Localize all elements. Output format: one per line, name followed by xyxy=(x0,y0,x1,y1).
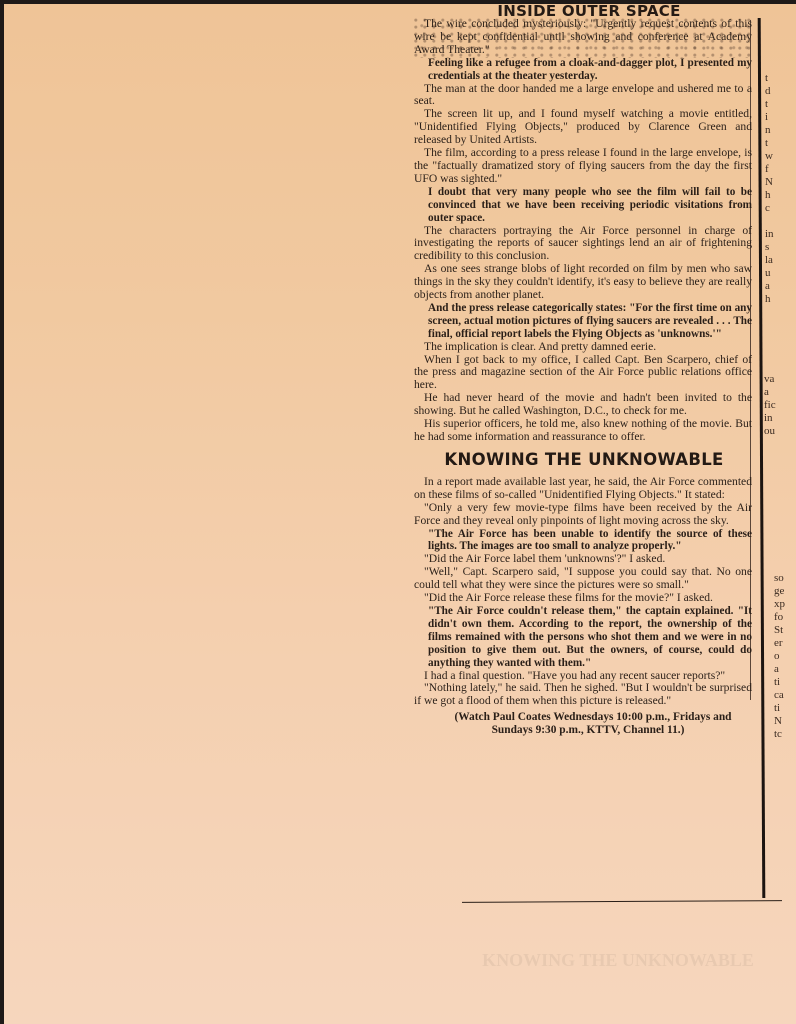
article-paragraph: In a report made available last year, he… xyxy=(414,476,752,502)
article-paragraph: His superior officers, he told me, also … xyxy=(414,418,752,444)
adjacent-column-fragment-upper: tdtintwfNhcinslauah xyxy=(765,72,793,306)
fragment-letters: N xyxy=(774,715,796,728)
fragment-letters: t xyxy=(765,98,793,111)
bleed-through-headline: KNOWING THE UNKNOWABLE xyxy=(440,953,796,967)
fragment-letters: fo xyxy=(774,611,796,624)
headline-knowing-the-unknowable: KNOWING THE UNKNOWABLE xyxy=(414,450,754,470)
fragment-letters: in xyxy=(765,228,793,241)
article-paragraph: The wire concluded mysteriously: "Urgent… xyxy=(414,18,752,57)
fragment-letters xyxy=(765,215,793,228)
fragment-letters: ti xyxy=(774,676,796,689)
article-paragraph: And the press release categorically stat… xyxy=(414,302,752,341)
fragment-letters: va xyxy=(764,373,792,386)
broadcast-sign-off: (Watch Paul Coates Wednesdays 10:00 p.m.… xyxy=(414,711,752,737)
fragment-letters: i xyxy=(765,111,793,124)
fragment-letters: in xyxy=(764,412,792,425)
article-paragraph: When I got back to my office, I called C… xyxy=(414,354,752,393)
newspaper-clipping: INSIDE OUTER SPACE The wire concluded my… xyxy=(414,4,754,904)
article-paragraph: As one sees strange blobs of light recor… xyxy=(414,263,752,302)
adjacent-column-fragment-middle: vaaficinou xyxy=(764,373,792,438)
fragment-letters: er xyxy=(774,637,796,650)
fragment-letters: a xyxy=(764,386,792,399)
fragment-letters: t xyxy=(765,72,793,85)
fragment-letters: a xyxy=(774,663,796,676)
article-paragraph: "Nothing lately," he said. Then he sighe… xyxy=(414,682,752,708)
headline-inside-outer-space: INSIDE OUTER SPACE xyxy=(484,4,694,18)
fragment-letters: t xyxy=(765,137,793,150)
article-paragraph: I doubt that very many people who see th… xyxy=(414,186,752,225)
article-paragraph: The film, according to a press release I… xyxy=(414,147,752,186)
article-paragraph: He had never heard of the movie and hadn… xyxy=(414,392,752,418)
fragment-letters: d xyxy=(765,85,793,98)
fragment-letters: n xyxy=(765,124,793,137)
fragment-letters: ge xyxy=(774,585,796,598)
article-paragraph: "The Air Force couldn't release them," t… xyxy=(414,605,752,670)
fragment-letters: f xyxy=(765,163,793,176)
fragment-letters: h xyxy=(765,189,793,202)
article-paragraph: Feeling like a refugee from a cloak-and-… xyxy=(414,57,752,83)
fragment-letters: ou xyxy=(764,425,792,438)
fragment-letters: N xyxy=(765,176,793,189)
fragment-letters: o xyxy=(774,650,796,663)
article-body-part-2: In a report made available last year, he… xyxy=(414,476,752,708)
article-body-part-1: The wire concluded mysteriously: "Urgent… xyxy=(414,18,752,444)
fragment-letters: s xyxy=(765,241,793,254)
adjacent-column-fragment-lower: sogexpfoSteroaticatiNtc xyxy=(774,572,796,741)
article-paragraph: The implication is clear. And pretty dam… xyxy=(414,341,752,354)
article-paragraph: The characters portraying the Air Force … xyxy=(414,225,752,264)
fragment-letters: ca xyxy=(774,689,796,702)
article-paragraph: The man at the door handed me a large en… xyxy=(414,83,752,109)
fragment-letters: tc xyxy=(774,728,796,741)
fragment-letters: h xyxy=(765,293,793,306)
fragment-letters: a xyxy=(765,280,793,293)
fragment-letters: c xyxy=(765,202,793,215)
fragment-letters: xp xyxy=(774,598,796,611)
fragment-letters: u xyxy=(765,267,793,280)
fragment-letters: w xyxy=(765,150,793,163)
fragment-letters: so xyxy=(774,572,796,585)
article-paragraph: The screen lit up, and I found myself wa… xyxy=(414,108,752,147)
article-paragraph: "Only a very few movie-type films have b… xyxy=(414,502,752,528)
bleed-through-text: KNOWING THE UNKNOWABLE xyxy=(440,935,796,1010)
article-paragraph: "Well," Capt. Scarpero said, "I suppose … xyxy=(414,566,752,592)
fragment-letters: St xyxy=(774,624,796,637)
fragment-letters: ti xyxy=(774,702,796,715)
article-paragraph: "Did the Air Force release these films f… xyxy=(414,592,752,605)
fragment-letters: la xyxy=(765,254,793,267)
article-paragraph: "The Air Force has been unable to identi… xyxy=(414,528,752,554)
fragment-letters: fic xyxy=(764,399,792,412)
